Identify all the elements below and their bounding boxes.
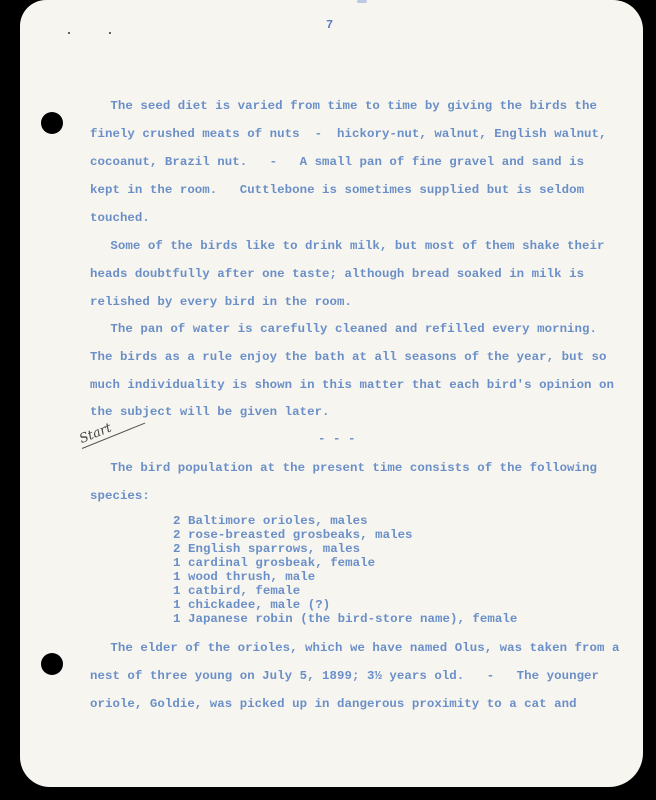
text-line: oriole, Goldie, was picked up in dangero… — [90, 697, 577, 711]
text-line: species: — [90, 489, 150, 503]
text-line: touched. — [90, 211, 150, 225]
species-list-item: 1 chickadee, male (?) — [173, 598, 330, 612]
paper-speck — [109, 32, 111, 34]
species-list-item: 2 rose-breasted grosbeaks, males — [173, 528, 413, 542]
text-line: cocoanut, Brazil nut. - A small pan of f… — [90, 155, 584, 169]
text-line: relished by every bird in the room. — [90, 295, 352, 309]
text-line: nest of three young on July 5, 1899; 3½ … — [90, 669, 599, 683]
page-number: 7 — [326, 18, 333, 32]
text-line: The seed diet is varied from time to tim… — [73, 99, 597, 113]
text-line: The birds as a rule enjoy the bath at al… — [90, 350, 607, 364]
species-list-item: 2 English sparrows, males — [173, 542, 360, 556]
text-line: much individuality is shown in this matt… — [90, 378, 614, 392]
text-line: kept in the room. Cuttlebone is sometime… — [90, 183, 584, 197]
top-ink-mark — [357, 0, 367, 3]
paper-speck — [68, 32, 70, 34]
species-list-item: 2 Baltimore orioles, males — [173, 514, 368, 528]
punch-hole-bottom — [41, 653, 63, 675]
document-page: 7 The seed diet is varied from time to t… — [20, 0, 643, 787]
text-line: The pan of water is carefully cleaned an… — [73, 322, 597, 336]
text-line: the subject will be given later. — [90, 405, 330, 419]
species-list-item: 1 catbird, female — [173, 584, 300, 598]
text-line: finely crushed meats of nuts - hickory-n… — [90, 127, 607, 141]
species-list-item: 1 wood thrush, male — [173, 570, 315, 584]
species-list-item: 1 cardinal grosbeak, female — [173, 556, 375, 570]
species-list-item: 1 Japanese robin (the bird-store name), … — [173, 612, 517, 626]
text-line: heads doubtfully after one taste; althou… — [90, 267, 584, 281]
section-separator: - - - — [318, 432, 355, 446]
text-line: The elder of the orioles, which we have … — [73, 641, 619, 655]
text-line: The bird population at the present time … — [73, 461, 597, 475]
text-line: Some of the birds like to drink milk, bu… — [73, 239, 604, 253]
punch-hole-top — [41, 112, 63, 134]
